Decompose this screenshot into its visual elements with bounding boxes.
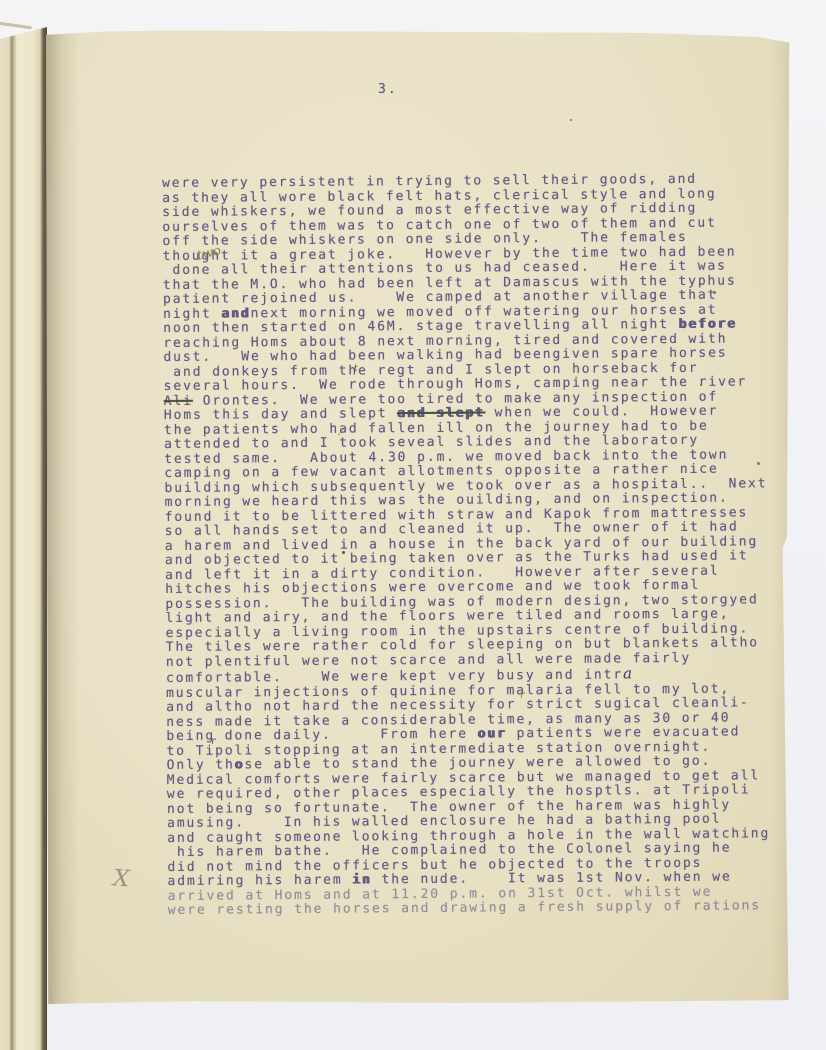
book-binding-edge	[0, 27, 47, 1050]
paper-speck	[713, 291, 716, 294]
typed-line: were resting the horses and drawing a fr…	[168, 899, 771, 918]
typed-text: o	[235, 757, 245, 772]
surgical-r-insertion: r	[520, 691, 525, 701]
typed-text-block: were very persistent in trying to sell t…	[162, 172, 771, 918]
typed-text: before	[679, 316, 737, 331]
handwritten-char: a	[623, 664, 632, 682]
typed-text: night	[163, 306, 221, 321]
document-page: 3. were very persistent in trying to sel…	[46, 30, 790, 1004]
typed-text: in	[352, 872, 372, 887]
paper-speck	[570, 119, 572, 121]
pencil-x-mark: X	[112, 867, 130, 891]
typed-text: and	[221, 306, 250, 321]
struck-out-text: and slept	[397, 405, 485, 421]
gutter-shadow	[46, 30, 80, 1004]
paper-speck	[700, 384, 702, 386]
tripoli-r-insertion: r	[211, 737, 216, 747]
paper-speck	[757, 462, 760, 465]
scanned-document-photo: 3. were very persistent in trying to sel…	[0, 0, 826, 1050]
typed-text: Only th	[167, 757, 235, 773]
page-number: 3.	[378, 82, 398, 97]
struck-out-text: Ali	[164, 393, 193, 408]
typed-text: our	[478, 726, 507, 741]
page-edge-shading	[772, 30, 790, 1004]
regt-superscript-mark: t	[354, 365, 358, 374]
binding-thread	[0, 22, 32, 30]
ink-dot	[342, 551, 345, 554]
